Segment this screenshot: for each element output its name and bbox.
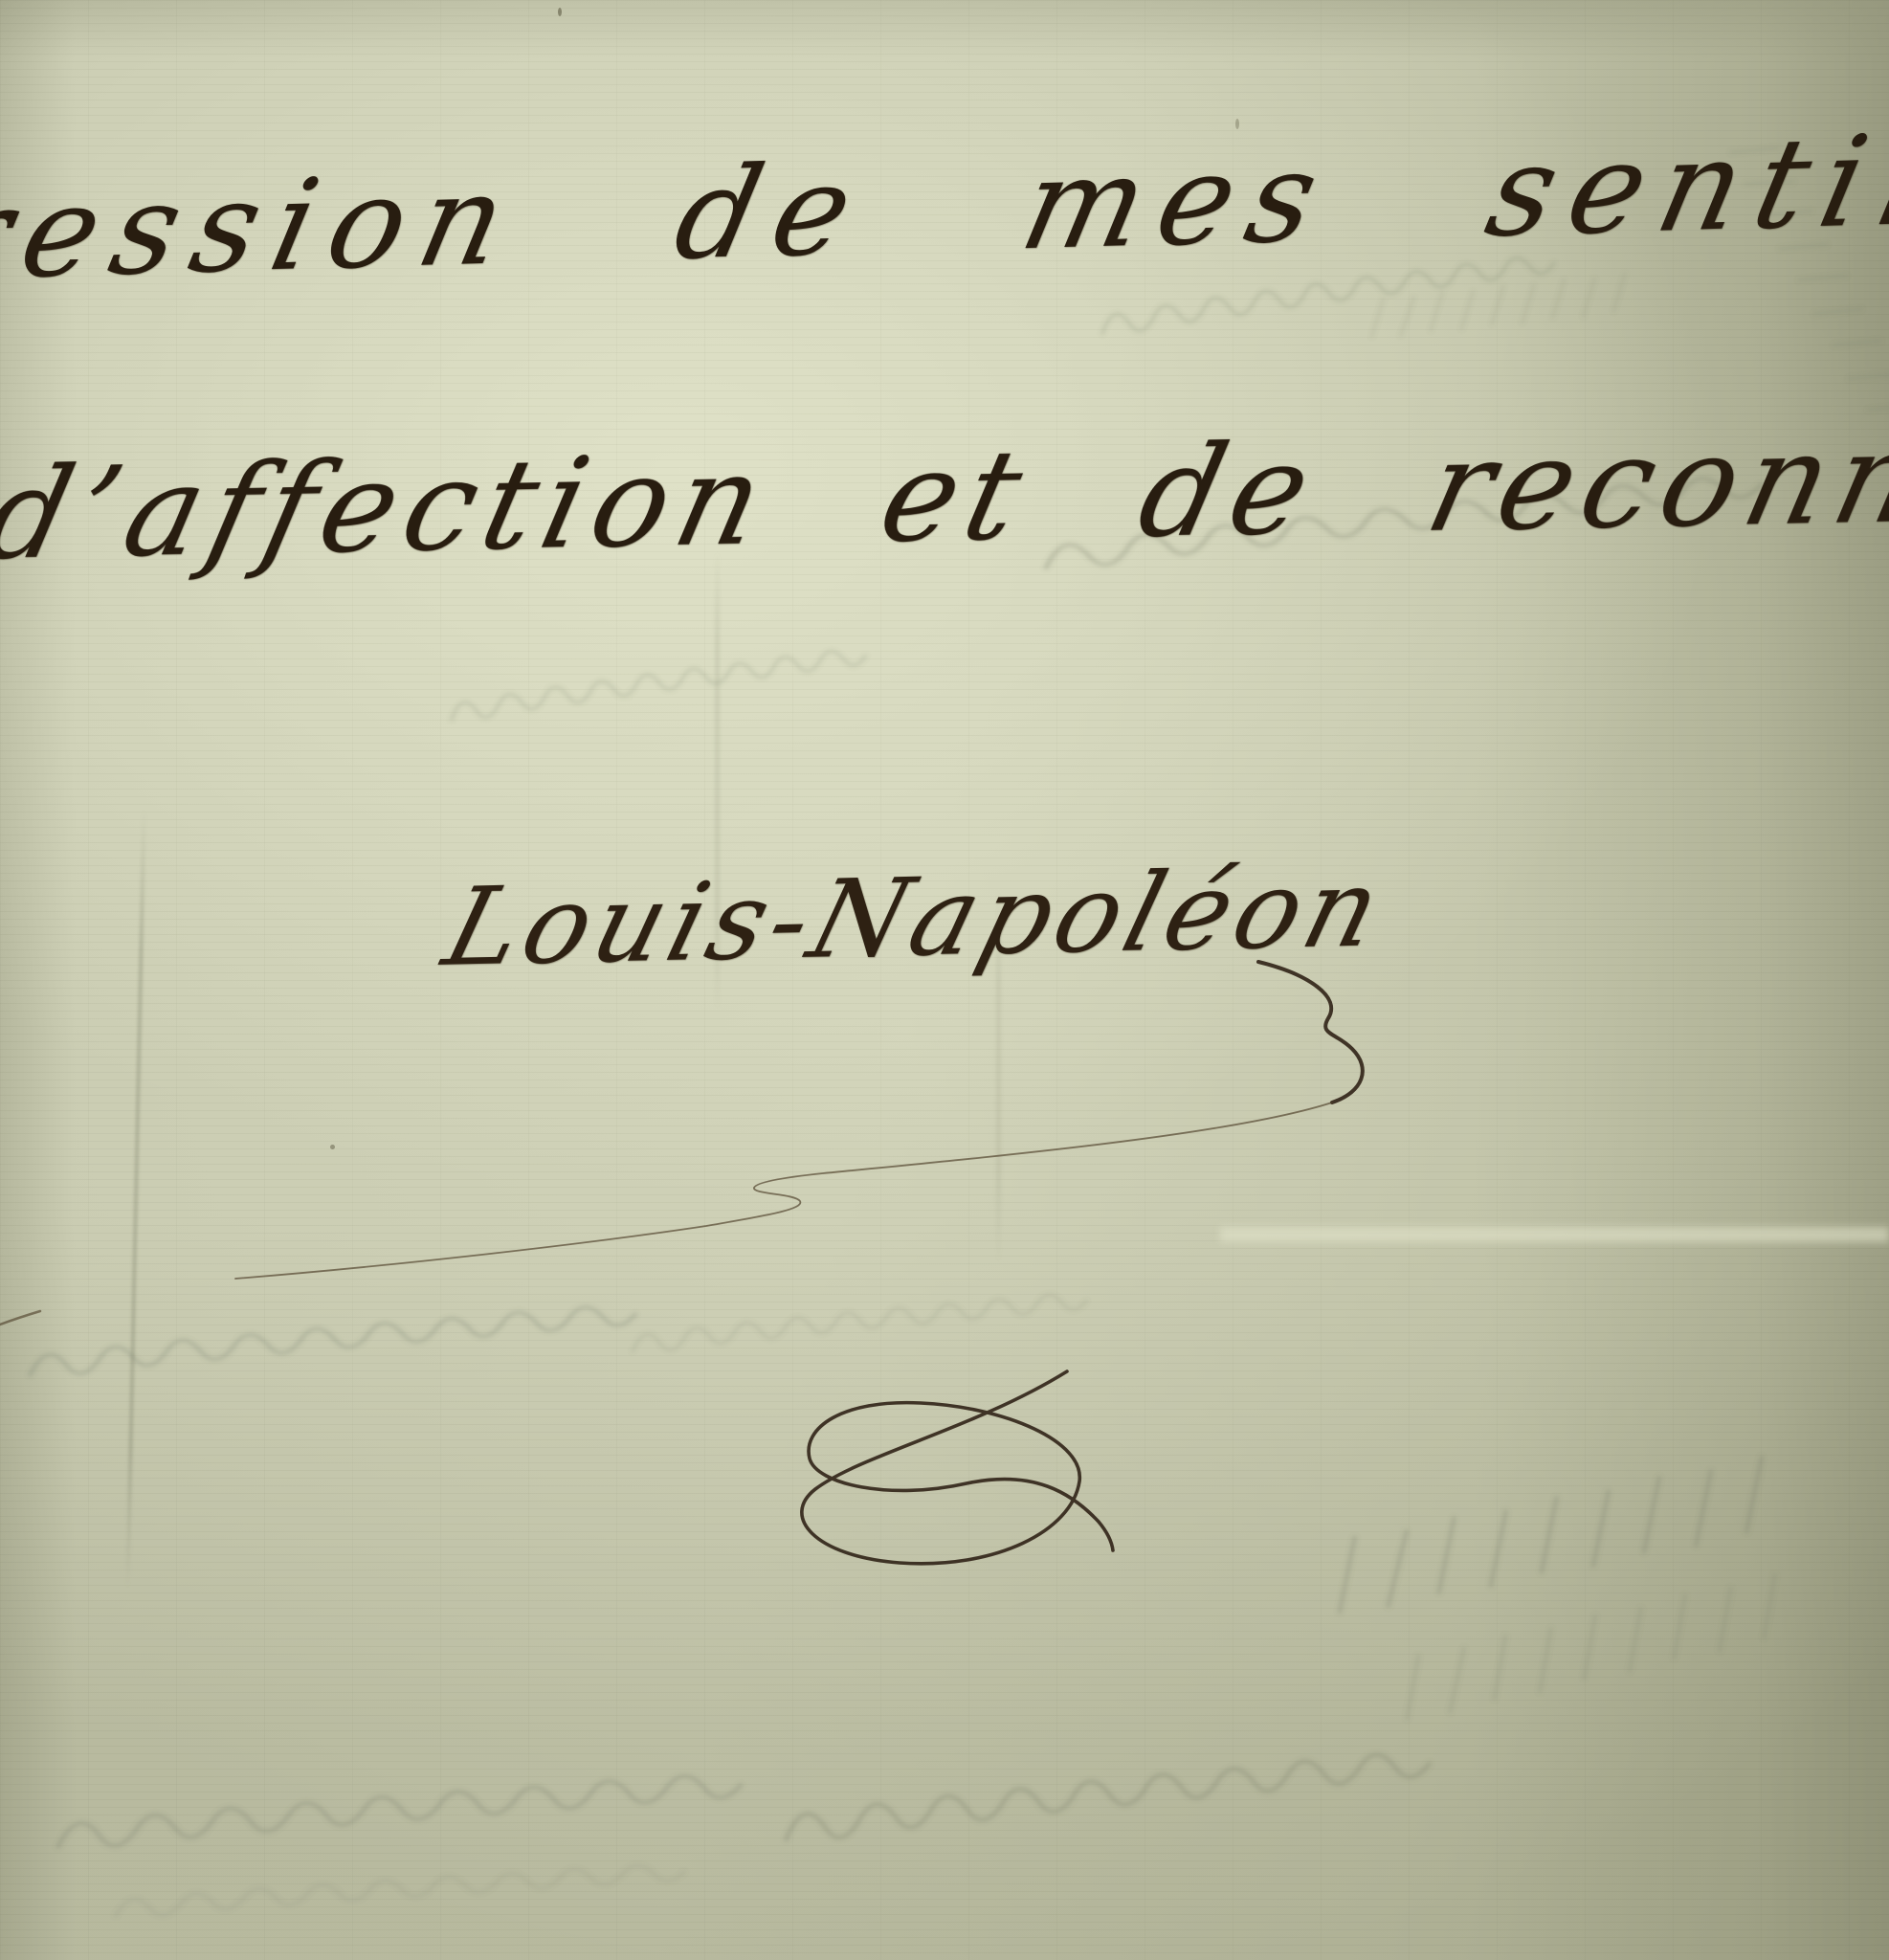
letter-line-1: ression de mes sentime: [0, 101, 1889, 308]
paraph-flourish: [802, 1371, 1113, 1564]
signature-louis-napoleon: Louis-Napoléon: [433, 846, 1398, 991]
underline-end-mark: [0, 1311, 40, 1325]
paper-fold-light-band: [1220, 1227, 1889, 1242]
ink-fleck: [330, 1145, 335, 1149]
ghost-stroke-group: [28, 132, 1889, 1916]
paper-fiber-fleck: [558, 8, 562, 16]
manuscript-letter-photo: ression de mes sentime d’affection et de…: [0, 0, 1889, 1960]
signature-underline-flourish: [235, 1102, 1332, 1279]
signature-tail-curl-flourish: [1258, 962, 1363, 1102]
letter-line-2: d’affection et de reconnai: [0, 402, 1889, 588]
paper-crease-left: [125, 809, 145, 1589]
